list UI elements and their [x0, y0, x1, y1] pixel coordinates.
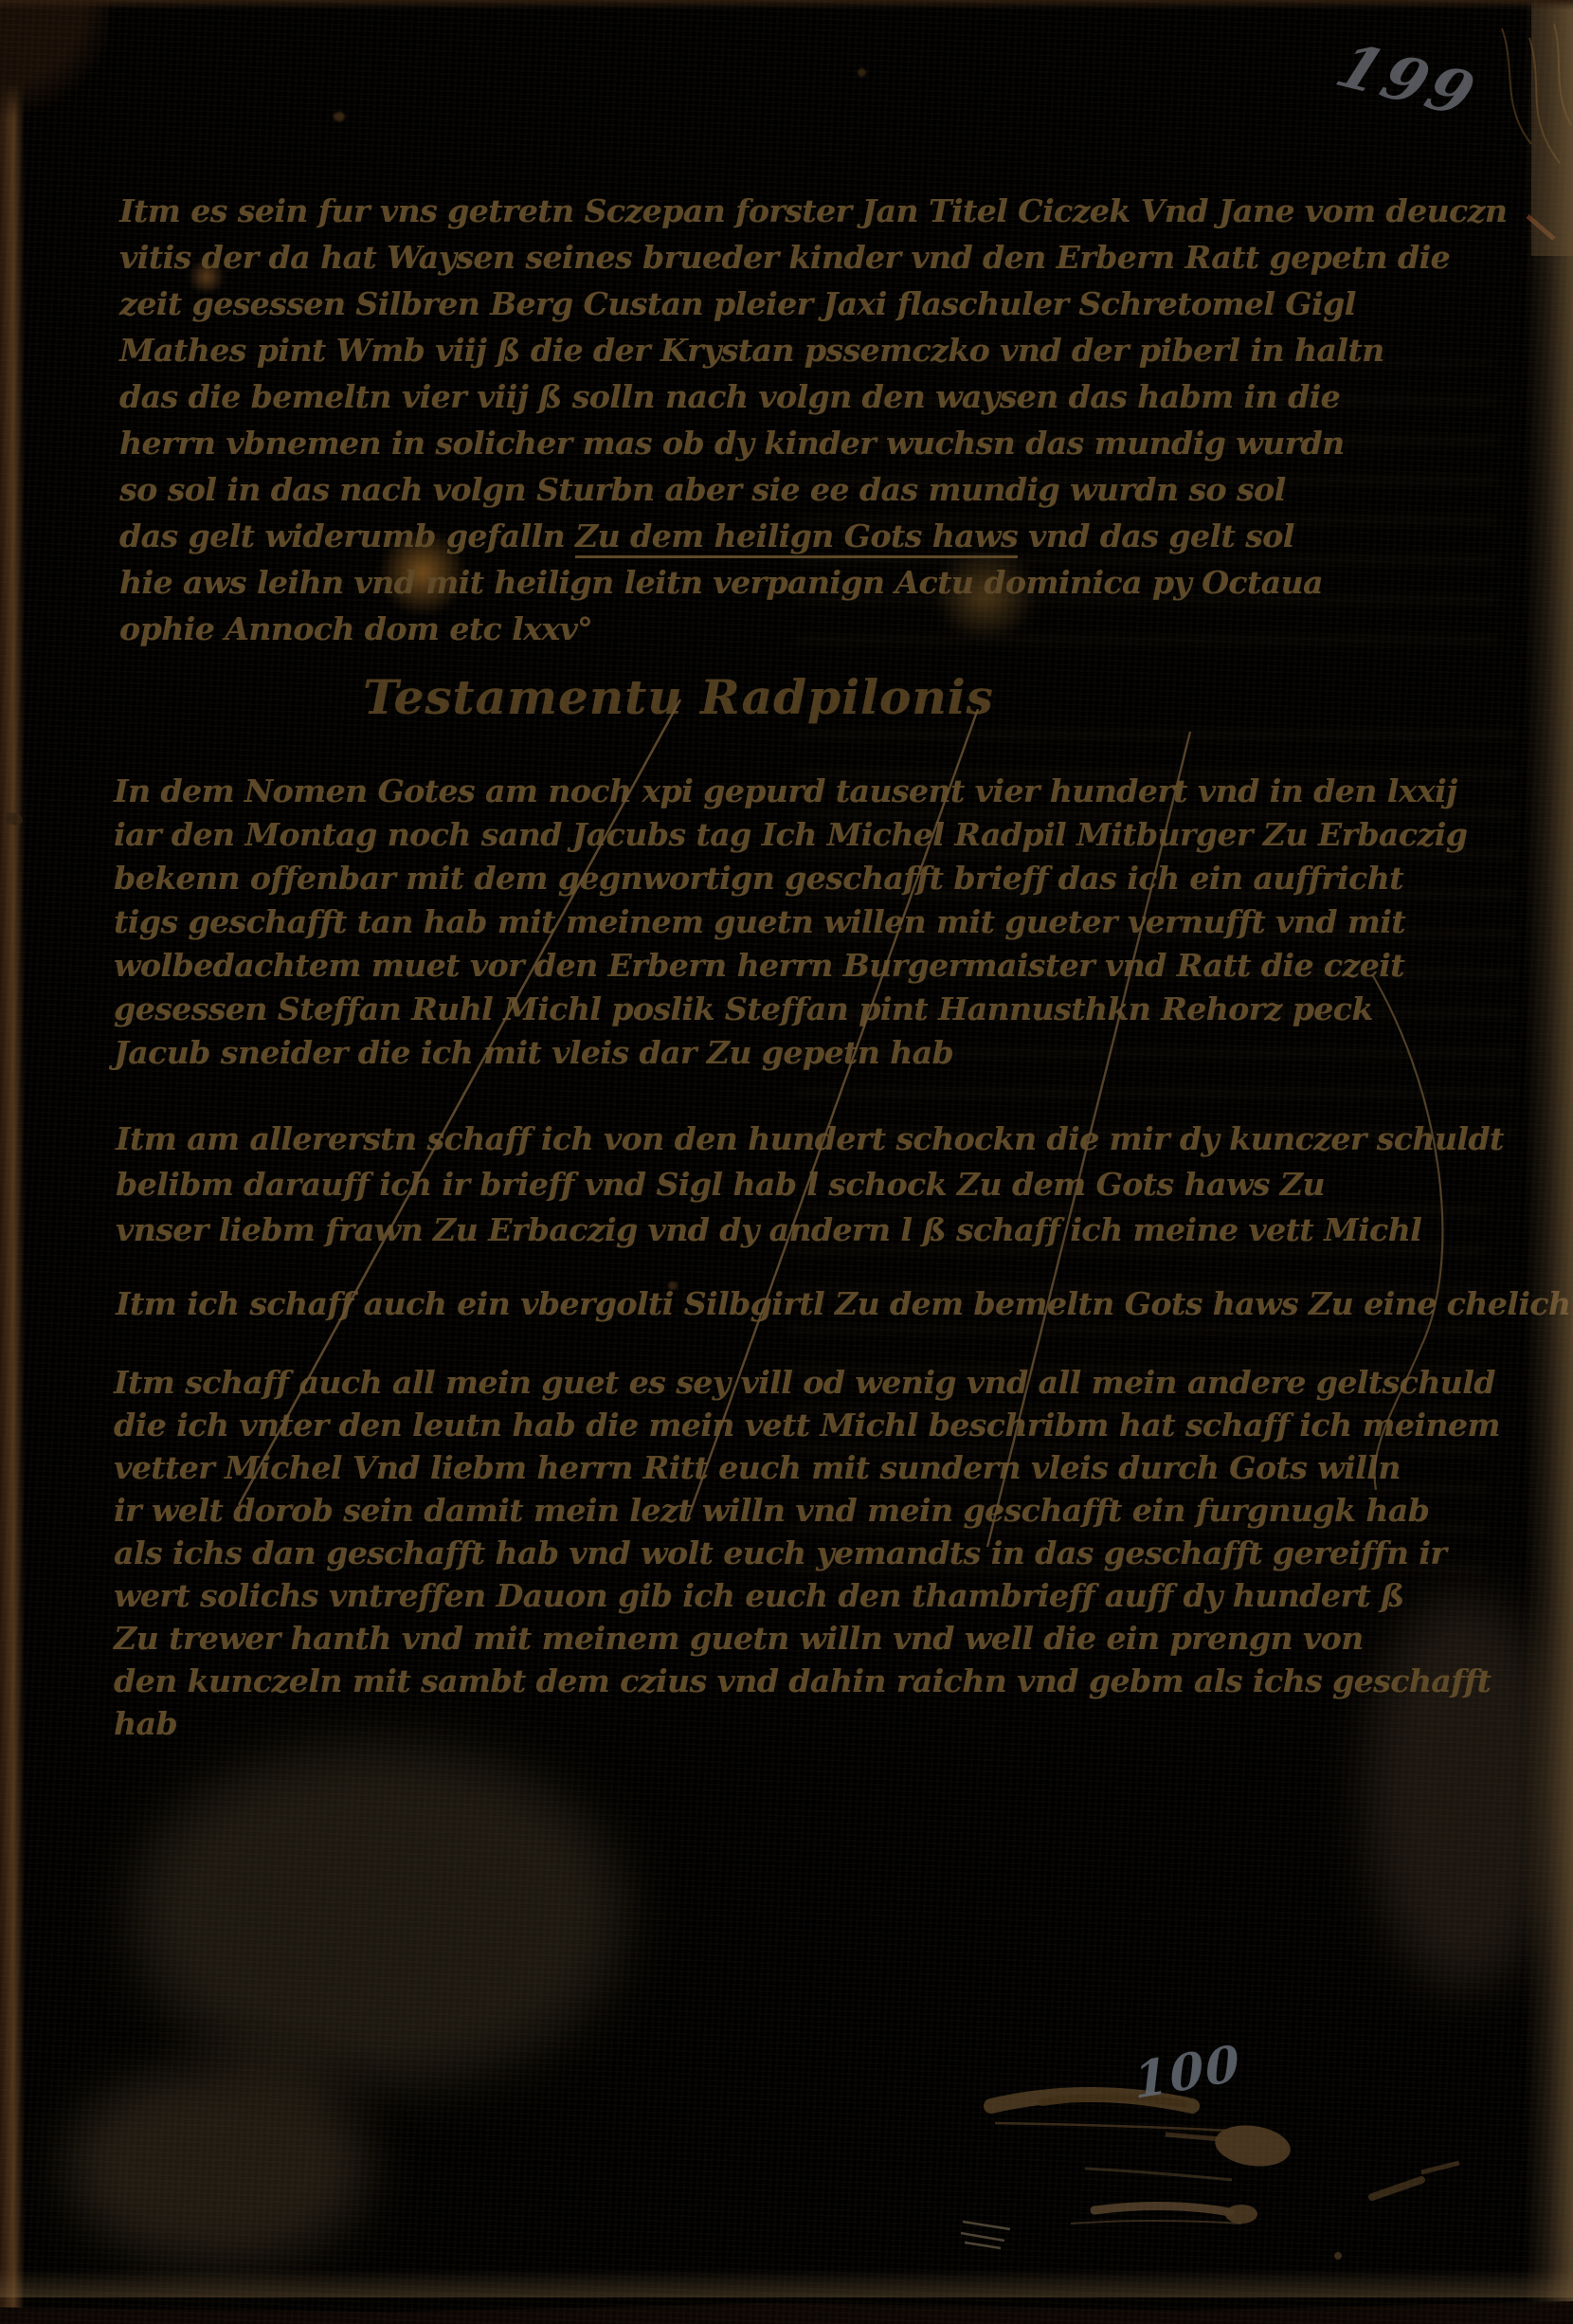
manuscript-page: 199 Itm es sein fur vns getretn Sczepan …	[0, 0, 1573, 2324]
bottom-pencil-number: 100	[1132, 2034, 1243, 2111]
binding-corner	[0, 0, 109, 118]
entry-block-1: Itm es sein fur vns getretn Sczepan fors…	[119, 188, 1507, 652]
manuscript-line: gesessen Steffan Ruhl Michl poslik Steff…	[114, 988, 1467, 1031]
page-corner-top-right	[1531, 0, 1573, 256]
manuscript-line: vitis der da hat Waysen seines brueder k…	[119, 234, 1507, 281]
manuscript-line: Itm ich schaff auch ein vbergolti Silbgi…	[116, 1281, 1570, 1327]
manuscript-line: das die bemeltn vier viij ß solln nach v…	[119, 373, 1507, 420]
manuscript-line: das gelt widerumb gefalln Zu dem heilign…	[119, 513, 1507, 559]
manuscript-line: hab	[114, 1702, 1500, 1745]
manuscript-line: Itm schaff auch all mein guet es sey vil…	[114, 1361, 1500, 1404]
manuscript-line: Itm es sein fur vns getretn Sczepan fors…	[119, 188, 1507, 234]
entry-block-5: Itm schaff auch all mein guet es sey vil…	[114, 1361, 1500, 1745]
underlined-phrase: Zu dem heilign Gots haws	[575, 517, 1018, 558]
manuscript-line: zeit gesessen Silbren Berg Custan pleier…	[119, 281, 1507, 327]
folio-number: 199	[1327, 31, 1488, 131]
entry-block-2: In dem Nomen Gotes am noch xpi gepurd ta…	[114, 770, 1467, 1075]
entry-block-3: Itm am allererstn schaff ich von den hun…	[116, 1117, 1504, 1253]
manuscript-line: tigs geschafft tan hab mit meinem guetn …	[114, 900, 1467, 944]
manuscript-line: vnser liebm frawn Zu Erbaczig vnd dy and…	[116, 1207, 1504, 1253]
manuscript-line: den kunczeln mit sambt dem czius vnd dah…	[114, 1660, 1500, 1702]
manuscript-line: Mathes pint Wmb viij ß die der Krystan p…	[119, 327, 1507, 373]
manuscript-line: wert solichs vntreffen Dauon gib ich euc…	[114, 1574, 1500, 1617]
foxing-spot	[334, 112, 345, 121]
manuscript-line: herrn vbnemen in solicher mas ob dy kind…	[119, 420, 1507, 466]
line-segment: vnd das gelt sol	[1018, 517, 1294, 554]
manuscript-line: Zu trewer hanth vnd mit meinem guetn wil…	[114, 1617, 1500, 1660]
paper-stain	[66, 2066, 370, 2265]
page-bottom-shadow	[0, 2269, 1573, 2297]
paper-stain	[133, 1744, 625, 2085]
manuscript-line: wolbedachtem muet vor den Erbern herrn B…	[114, 944, 1467, 988]
manuscript-line: vetter Michel Vnd liebm herrn Ritt euch …	[114, 1446, 1500, 1489]
manuscript-line: Jacub sneider die ich mit vleis dar Zu g…	[114, 1031, 1467, 1075]
entry-block-4: Itm ich schaff auch ein vbergolti Silbgi…	[116, 1281, 1570, 1327]
line-segment: das gelt widerumb gefalln	[119, 517, 575, 554]
manuscript-line: als ichs dan geschafft hab vnd wolt euch…	[114, 1532, 1500, 1574]
manuscript-line: bekenn offenbar mit dem gegnwortign gesc…	[114, 857, 1467, 900]
manuscript-line: iar den Montag noch sand Jacubs tag Ich …	[114, 813, 1467, 857]
binding-edge	[0, 0, 25, 2324]
manuscript-line: die ich vnter den leutn hab die mein vet…	[114, 1404, 1500, 1446]
manuscript-line: ophie Annoch dom etc lxxv°	[119, 606, 1507, 652]
page-top-edge	[0, 0, 1573, 9]
manuscript-line: so sol in das nach volgn Sturbn aber sie…	[119, 466, 1507, 513]
page-right-edge	[1524, 0, 1573, 2324]
manuscript-line: belibm darauff ich ir brieff vnd Sigl ha…	[116, 1162, 1504, 1207]
manuscript-line: hie aws leihn vnd mit heilign leitn verp…	[119, 559, 1507, 606]
scan-background-bottom	[0, 2294, 1573, 2324]
entry-heading: Testamentu Radpilonis	[363, 669, 994, 725]
foxing-spot	[858, 68, 866, 77]
manuscript-line: ir welt dorob sein damit mein lezt willn…	[114, 1489, 1500, 1532]
manuscript-line: Itm am allererstn schaff ich von den hun…	[116, 1117, 1504, 1162]
manuscript-line: In dem Nomen Gotes am noch xpi gepurd ta…	[114, 770, 1467, 813]
